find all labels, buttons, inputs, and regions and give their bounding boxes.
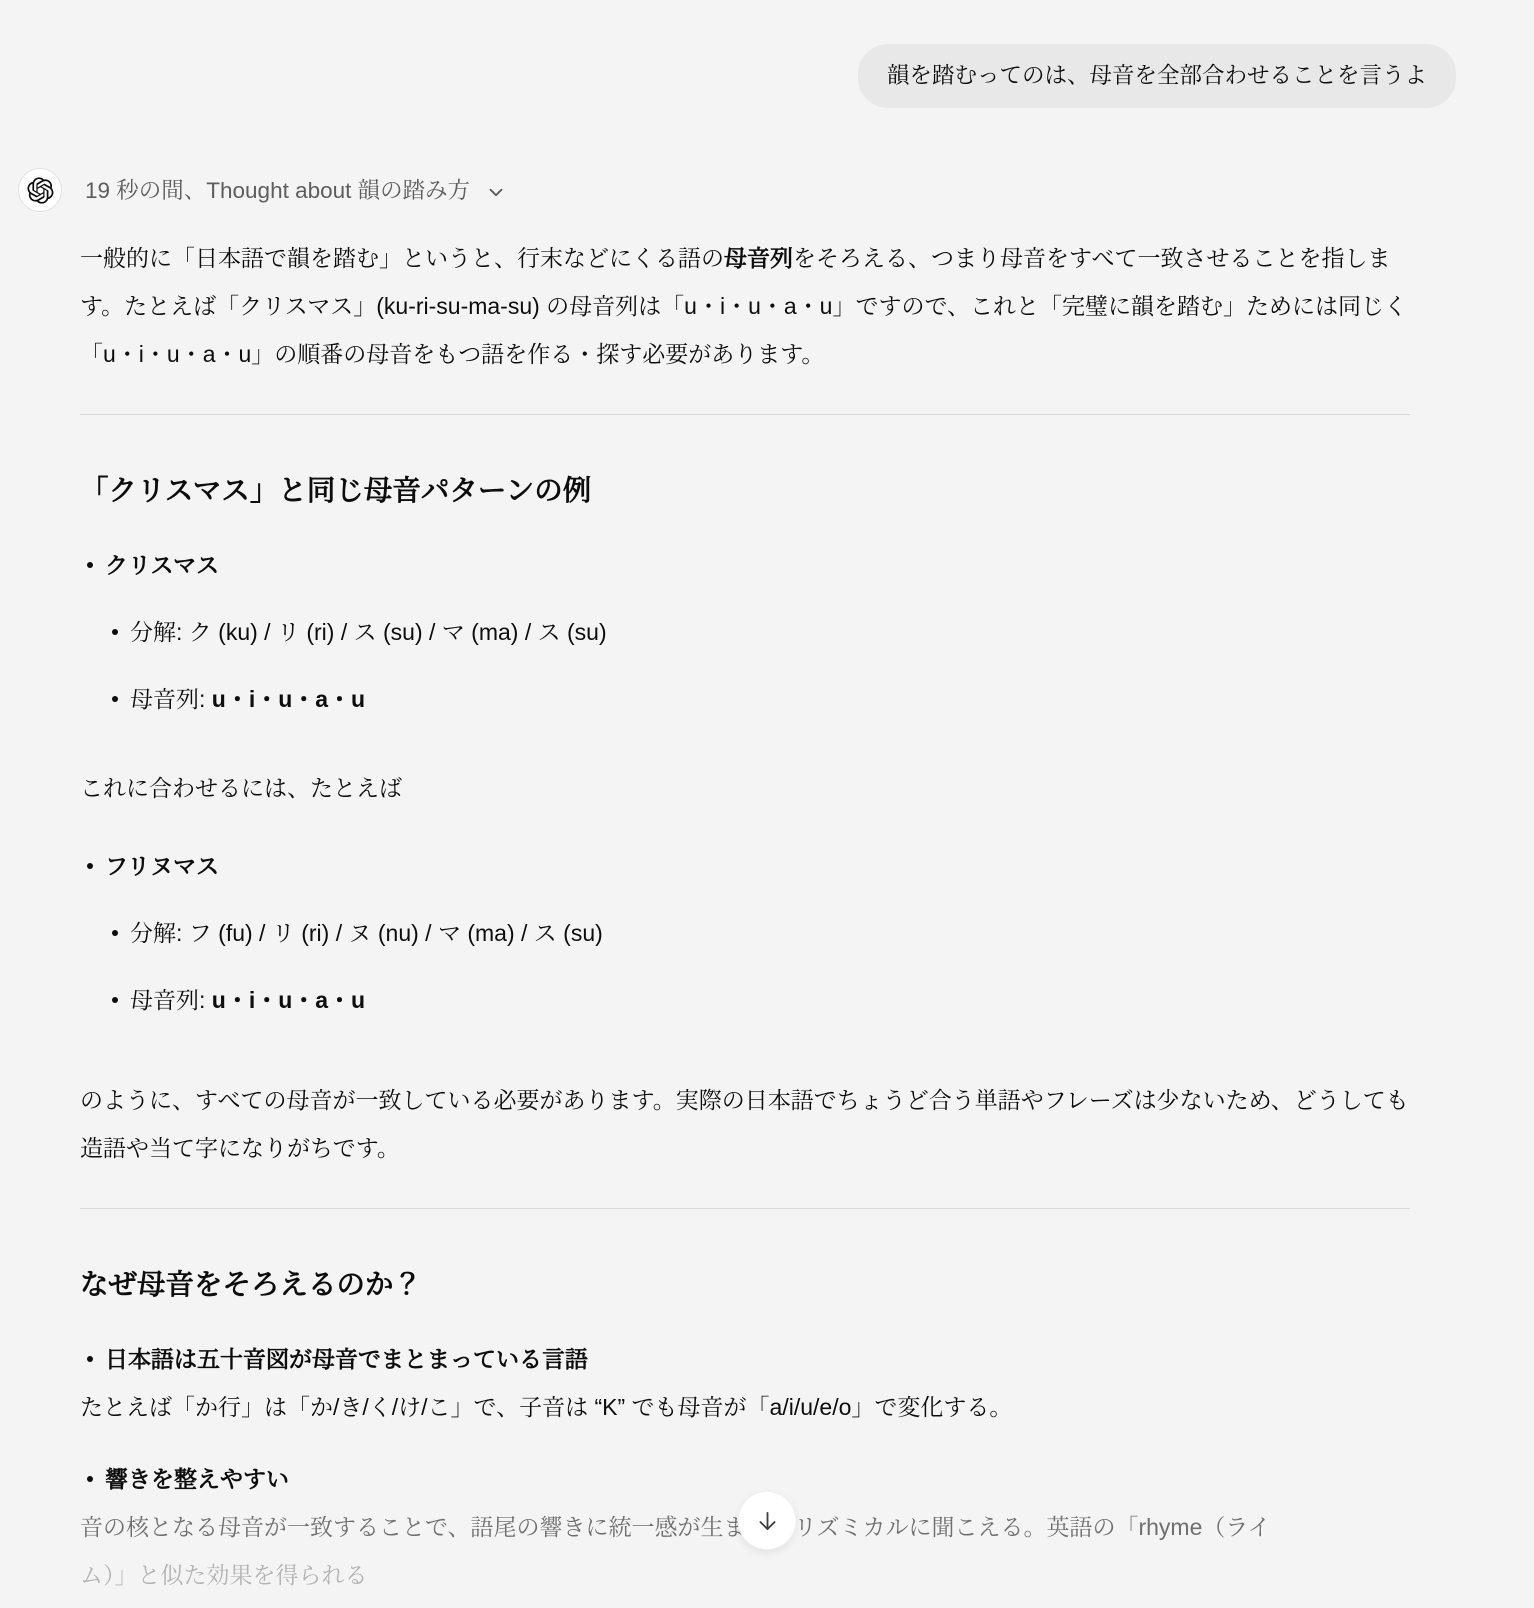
assistant-avatar bbox=[18, 168, 62, 212]
breakdown-text: 分解: ク (ku) / リ (ri) / ス (su) / マ (ma) / … bbox=[130, 619, 607, 645]
reason-title: 響きを整えやすい bbox=[105, 1466, 289, 1492]
reason-body-text: 音の核となる母音が一致することで、語尾の響きに統一感が生まれ、リズミカルに聞こえ… bbox=[80, 1514, 1271, 1540]
vowel-item: 母音列: u・i・u・a・u bbox=[105, 976, 1410, 1024]
user-message-text: 韻を踏むってのは、母音を全部合わせることを言うよ bbox=[887, 63, 1427, 88]
scroll-to-bottom-button[interactable] bbox=[738, 1491, 797, 1550]
reason-title: 日本語は五十音図が母音でまとまっている言語 bbox=[105, 1346, 588, 1372]
word-detail-list: 分解: ク (ku) / リ (ri) / ス (su) / マ (ma) / … bbox=[105, 608, 1410, 723]
chevron-down-icon bbox=[485, 178, 507, 203]
intro-bold-term: 母音列 bbox=[724, 245, 793, 271]
word-title: フリヌマス bbox=[105, 853, 219, 879]
closing-paragraph: のように、すべての母音が一致している必要があります。実際の日本語でちょうど合う単… bbox=[80, 1076, 1410, 1172]
vowel-sequence: u・i・u・a・u bbox=[212, 987, 365, 1013]
word-detail-list: 分解: フ (fu) / リ (ri) / ヌ (nu) / マ (ma) / … bbox=[105, 909, 1410, 1024]
example-list-2: フリヌマス 分解: フ (fu) / リ (ri) / ヌ (nu) / マ (… bbox=[80, 842, 1410, 1024]
list-item: フリヌマス 分解: フ (fu) / リ (ri) / ヌ (nu) / マ (… bbox=[80, 842, 1410, 1024]
section2-heading: なぜ母音をそろえるのか？ bbox=[80, 1265, 1410, 1305]
reason-body-overflow-text: ム）」と似た効果を得られる bbox=[80, 1551, 1410, 1599]
vowel-sequence: u・i・u・a・u bbox=[212, 686, 365, 712]
reason-list: 響きを整えやすい bbox=[80, 1455, 1410, 1503]
user-message-row: 韻を踏むってのは、母音を全部合わせることを言うよ bbox=[0, 0, 1534, 108]
breakdown-item: 分解: ク (ku) / リ (ri) / ス (su) / マ (ma) / … bbox=[105, 608, 1410, 656]
breakdown-text: 分解: フ (fu) / リ (ri) / ヌ (nu) / マ (ma) / … bbox=[130, 920, 603, 946]
section-divider bbox=[80, 414, 1410, 415]
thought-summary-text: 19 秒の間、Thought about 韻の踏み方 bbox=[85, 176, 470, 205]
assistant-message-body: 一般的に「日本語で韻を踏む」というと、行末などにくる語の母音列をそろえる、つまり… bbox=[0, 234, 1534, 1599]
breakdown-item: 分解: フ (fu) / リ (ri) / ヌ (nu) / マ (ma) / … bbox=[105, 909, 1410, 957]
example-list-1: クリスマス 分解: ク (ku) / リ (ri) / ス (su) / マ (… bbox=[80, 541, 1410, 723]
assistant-header: 19 秒の間、Thought about 韻の踏み方 bbox=[18, 168, 1534, 212]
connector-paragraph: これに合わせるには、たとえば bbox=[80, 764, 1410, 812]
intro-paragraph: 一般的に「日本語で韻を踏む」というと、行末などにくる語の母音列をそろえる、つまり… bbox=[80, 234, 1410, 378]
openai-logo-icon bbox=[27, 177, 54, 204]
thought-summary-toggle[interactable]: 19 秒の間、Thought about 韻の踏み方 bbox=[85, 176, 507, 205]
reason-item: 日本語は五十音図が母音でまとまっている言語 bbox=[80, 1335, 1410, 1383]
vowel-label: 母音列: bbox=[130, 686, 212, 712]
intro-text-1: 一般的に「日本語で韻を踏む」というと、行末などにくる語の bbox=[80, 245, 724, 271]
reason-body: たとえば「か行」は「か/き/く/け/こ」で、子音は “K” でも母音が「a/i/… bbox=[80, 1383, 1410, 1431]
section1-heading: 「クリスマス」と同じ母音パターンの例 bbox=[80, 471, 1410, 511]
section-divider bbox=[80, 1208, 1410, 1209]
reason-list: 日本語は五十音図が母音でまとまっている言語 bbox=[80, 1335, 1410, 1383]
list-item: クリスマス 分解: ク (ku) / リ (ri) / ス (su) / マ (… bbox=[80, 541, 1410, 723]
user-message-bubble: 韻を踏むってのは、母音を全部合わせることを言うよ bbox=[858, 44, 1456, 108]
word-title: クリスマス bbox=[105, 552, 219, 578]
arrow-down-icon bbox=[754, 1508, 780, 1534]
vowel-label: 母音列: bbox=[130, 987, 212, 1013]
vowel-item: 母音列: u・i・u・a・u bbox=[105, 675, 1410, 723]
reason-item: 響きを整えやすい bbox=[80, 1455, 1410, 1503]
